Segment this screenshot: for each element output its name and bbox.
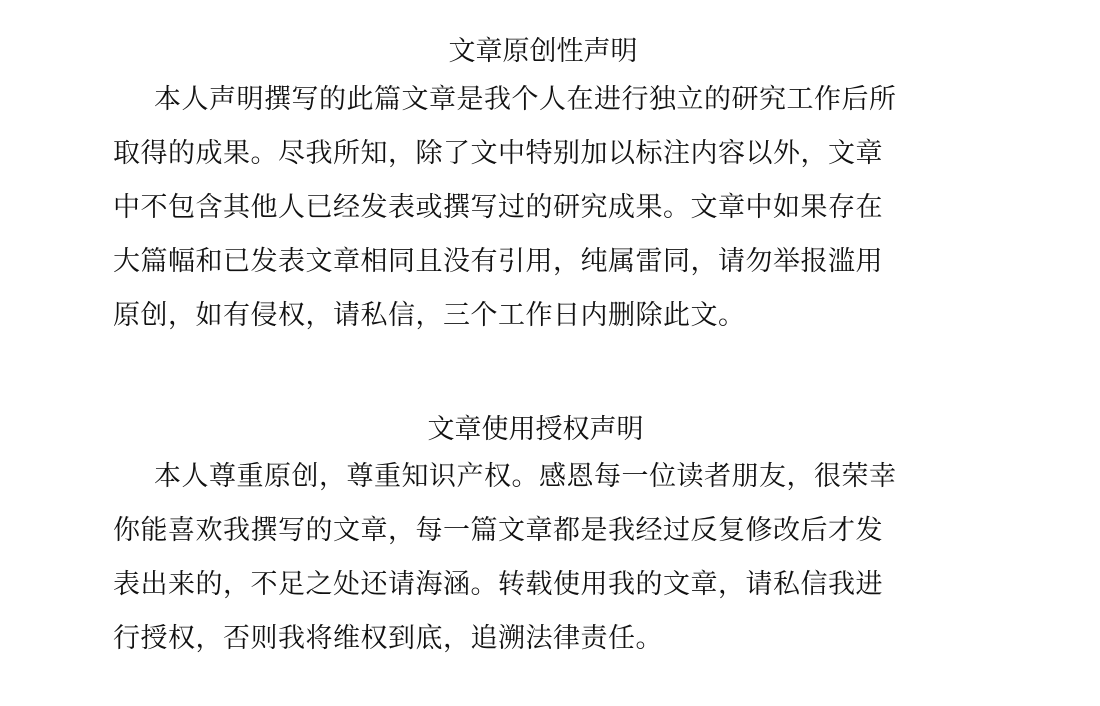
section-paragraph: 本人声明撰写的此篇文章是我个人在进行独立的研究工作后所 取得的成果。尽我所知，除… [113,73,973,343]
paragraph-line: 大篇幅和已发表文章相同且没有引用，纯属雷同，请勿举报滥用 [113,235,973,289]
paragraph-line: 你能喜欢我撰写的文章，每一篇文章都是我经过反复修改后才发 [113,504,973,558]
section-title: 文章使用授权声明 [98,410,973,450]
paragraph-line: 表出来的，不足之处还请海涵。转载使用我的文章，请私信我进 [113,558,973,612]
document: 文章原创性声明 本人声明撰写的此篇文章是我个人在进行独立的研究工作后所 取得的成… [113,32,973,343]
paragraph-line: 本人尊重原创，尊重知识产权。感恩每一位读者朋友，很荣幸 [113,450,973,504]
originality-statement-section: 文章原创性声明 本人声明撰写的此篇文章是我个人在进行独立的研究工作后所 取得的成… [113,32,973,343]
paragraph-line: 行授权，否则我将维权到底，追溯法律责任。 [113,612,973,666]
usage-authorization-section: 文章使用授权声明 本人尊重原创，尊重知识产权。感恩每一位读者朋友，很荣幸 你能喜… [113,410,973,666]
paragraph-line: 原创，如有侵权，请私信，三个工作日内删除此文。 [113,289,973,343]
paragraph-line: 本人声明撰写的此篇文章是我个人在进行独立的研究工作后所 [113,73,973,127]
section-paragraph: 本人尊重原创，尊重知识产权。感恩每一位读者朋友，很荣幸 你能喜欢我撰写的文章，每… [113,450,973,666]
section-title: 文章原创性声明 [113,32,973,72]
paragraph-line: 中不包含其他人已经发表或撰写过的研究成果。文章中如果存在 [113,181,973,235]
paragraph-line: 取得的成果。尽我所知，除了文中特别加以标注内容以外，文章 [113,127,973,181]
